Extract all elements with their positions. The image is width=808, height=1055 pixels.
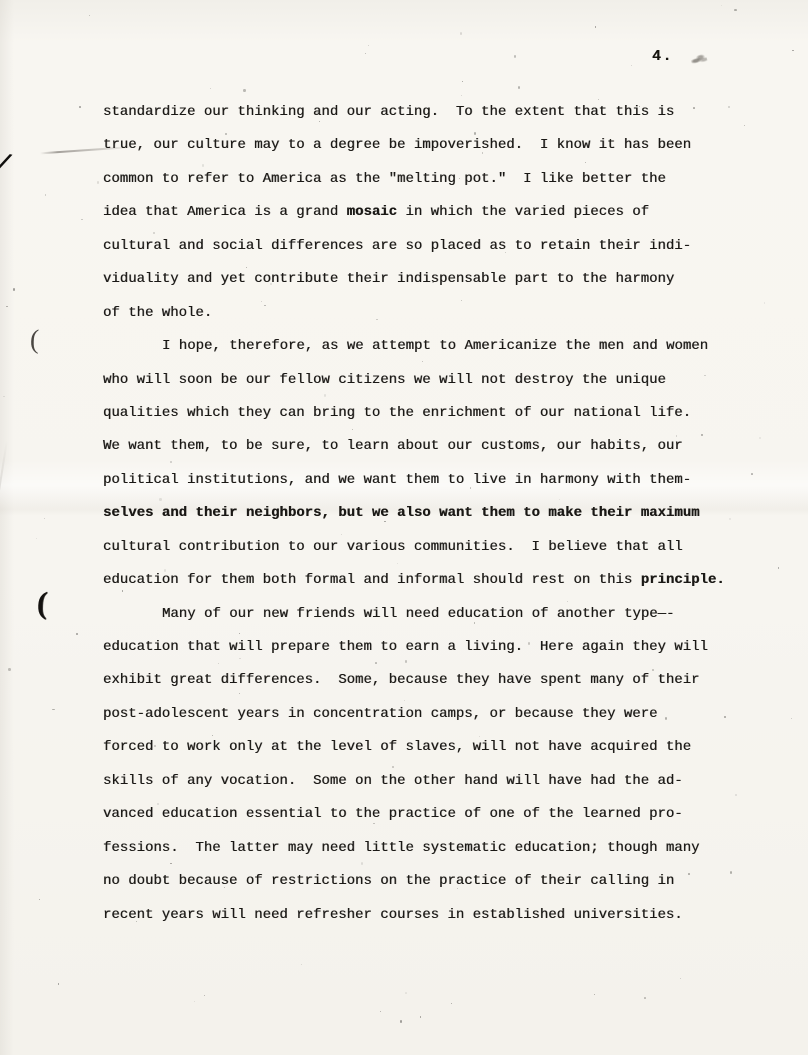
text-segment: recent years will need refresher courses… bbox=[103, 907, 683, 923]
margin-paren-mark-1: ( bbox=[29, 324, 39, 355]
noise-speck bbox=[368, 45, 369, 46]
noise-speck bbox=[79, 106, 81, 108]
noise-speck bbox=[39, 899, 40, 900]
text-line: cultural contribution to our various com… bbox=[103, 531, 725, 564]
noise-speck bbox=[400, 1020, 403, 1022]
text-segment: of the whole. bbox=[103, 305, 212, 321]
text-line: exhibit great differences. Some, because… bbox=[103, 664, 725, 697]
text-segment: I hope, therefore, as we attempt to Amer… bbox=[162, 338, 708, 354]
noise-speck bbox=[730, 871, 732, 874]
text-line: common to refer to America as the "melti… bbox=[103, 163, 725, 196]
text-line: true, our culture may to a degree be imp… bbox=[103, 129, 725, 162]
noise-speck bbox=[44, 518, 46, 519]
noise-speck bbox=[97, 181, 99, 183]
text-line: political institutions, and we want them… bbox=[103, 464, 725, 497]
noise-speck bbox=[728, 106, 730, 108]
text-line: skills of any vocation. Some on the othe… bbox=[103, 765, 725, 798]
noise-speck bbox=[405, 992, 407, 994]
typewritten-text: standardize our thinking and our acting.… bbox=[103, 96, 725, 932]
scan-streak bbox=[0, 440, 8, 672]
text-segment: education for them both formal and infor… bbox=[103, 572, 641, 588]
noise-speck bbox=[6, 306, 7, 307]
text-segment: qualities which they can bring to the en… bbox=[103, 405, 691, 421]
edge-tick-mark: / bbox=[0, 149, 14, 181]
text-segment-heavy: mosaic bbox=[347, 204, 397, 220]
noise-speck bbox=[764, 302, 766, 303]
text-line: fessions. The latter may need little sys… bbox=[103, 832, 725, 865]
text-line: selves and their neighbors, but we also … bbox=[103, 497, 725, 530]
noise-speck bbox=[194, 1001, 195, 1002]
text-line: We want them, to be sure, to learn about… bbox=[103, 430, 725, 463]
noise-speck bbox=[792, 50, 793, 51]
noise-speck bbox=[751, 473, 753, 475]
text-segment: exhibit great differences. Some, because… bbox=[103, 672, 700, 688]
scanned-page: 4. ( ( / standardize our thinking and ou… bbox=[0, 0, 808, 1055]
noise-speck bbox=[462, 81, 463, 82]
text-segment: post-adolescent years in concentration c… bbox=[103, 706, 658, 722]
noise-speck bbox=[365, 53, 367, 54]
text-segment: in which the varied pieces of bbox=[397, 204, 649, 220]
margin-paren-mark-2: ( bbox=[36, 585, 48, 621]
text-segment: Many of our new friends will need educat… bbox=[162, 606, 674, 622]
noise-speck bbox=[729, 518, 731, 519]
noise-speck bbox=[36, 538, 37, 539]
text-segment: true, our culture may to a degree be imp… bbox=[103, 137, 691, 153]
smudge-mark bbox=[690, 53, 708, 66]
noise-speck bbox=[8, 668, 10, 671]
text-segment: standardize our thinking and our acting.… bbox=[103, 104, 674, 120]
noise-speck bbox=[52, 709, 55, 711]
noise-speck bbox=[204, 995, 205, 996]
text-segment: political institutions, and we want them… bbox=[103, 472, 691, 488]
noise-speck bbox=[420, 1016, 422, 1018]
text-segment: education that will prepare them to earn… bbox=[103, 639, 708, 655]
noise-speck bbox=[76, 633, 78, 636]
noise-speck bbox=[631, 65, 632, 66]
noise-speck bbox=[243, 89, 245, 92]
noise-speck bbox=[3, 396, 5, 397]
text-segment: cultural contribution to our various com… bbox=[103, 539, 683, 555]
text-line: I hope, therefore, as we attempt to Amer… bbox=[103, 330, 725, 363]
noise-speck bbox=[744, 125, 745, 126]
noise-speck bbox=[680, 978, 681, 979]
text-segment: selves and their neighbors, but we also … bbox=[103, 505, 700, 521]
text-segment: viduality and yet contribute their indis… bbox=[103, 271, 674, 287]
noise-speck bbox=[595, 26, 597, 28]
text-line: idea that America is a grand mosaic in w… bbox=[103, 196, 725, 229]
text-segment: fessions. The latter may need little sys… bbox=[103, 840, 700, 856]
text-segment: vanced education essential to the practi… bbox=[103, 806, 683, 822]
noise-speck bbox=[460, 32, 463, 35]
text-line: forced to work only at the level of slav… bbox=[103, 731, 725, 764]
noise-speck bbox=[644, 997, 645, 999]
noise-speck bbox=[778, 567, 779, 569]
noise-speck bbox=[58, 983, 60, 984]
text-line: cultural and social differences are so p… bbox=[103, 230, 725, 263]
text-line: recent years will need refresher courses… bbox=[103, 899, 725, 932]
noise-speck bbox=[301, 964, 302, 965]
noise-speck bbox=[89, 15, 90, 16]
noise-speck bbox=[518, 86, 520, 89]
noise-speck bbox=[791, 718, 792, 719]
page-number: 4. bbox=[652, 48, 673, 65]
text-segment: common to refer to America as the "melti… bbox=[103, 171, 666, 187]
text-line: education that will prepare them to earn… bbox=[103, 631, 725, 664]
noise-speck bbox=[721, 5, 722, 6]
text-segment: forced to work only at the level of slav… bbox=[103, 739, 691, 755]
text-line: Many of our new friends will need educat… bbox=[103, 598, 725, 631]
text-segment: cultural and social differences are so p… bbox=[103, 238, 691, 254]
noise-speck bbox=[380, 1011, 381, 1013]
text-segment: no doubt because of restrictions on the … bbox=[103, 873, 674, 889]
noise-speck bbox=[81, 219, 83, 220]
noise-speck bbox=[45, 194, 46, 195]
text-line: vanced education essential to the practi… bbox=[103, 798, 725, 831]
text-segment: skills of any vocation. Some on the othe… bbox=[103, 773, 683, 789]
noise-speck bbox=[514, 55, 517, 58]
noise-speck bbox=[735, 794, 737, 796]
text-line: who will soon be our fellow citizens we … bbox=[103, 364, 725, 397]
text-line: education for them both formal and infor… bbox=[103, 564, 725, 597]
noise-speck bbox=[594, 994, 595, 995]
noise-speck bbox=[734, 9, 737, 11]
text-line: no doubt because of restrictions on the … bbox=[103, 865, 725, 898]
text-segment-heavy: principle. bbox=[641, 572, 725, 588]
noise-speck bbox=[759, 437, 761, 439]
text-segment: We want them, to be sure, to learn about… bbox=[103, 438, 683, 454]
text-line: standardize our thinking and our acting.… bbox=[103, 96, 725, 129]
text-segment: who will soon be our fellow citizens we … bbox=[103, 372, 666, 388]
text-line: post-adolescent years in concentration c… bbox=[103, 698, 725, 731]
text-line: qualities which they can bring to the en… bbox=[103, 397, 725, 430]
text-segment: idea that America is a grand bbox=[103, 204, 347, 220]
noise-speck bbox=[210, 88, 211, 89]
text-line: of the whole. bbox=[103, 297, 725, 330]
text-line: viduality and yet contribute their indis… bbox=[103, 263, 725, 296]
noise-speck bbox=[13, 288, 15, 291]
noise-speck bbox=[451, 1003, 452, 1004]
